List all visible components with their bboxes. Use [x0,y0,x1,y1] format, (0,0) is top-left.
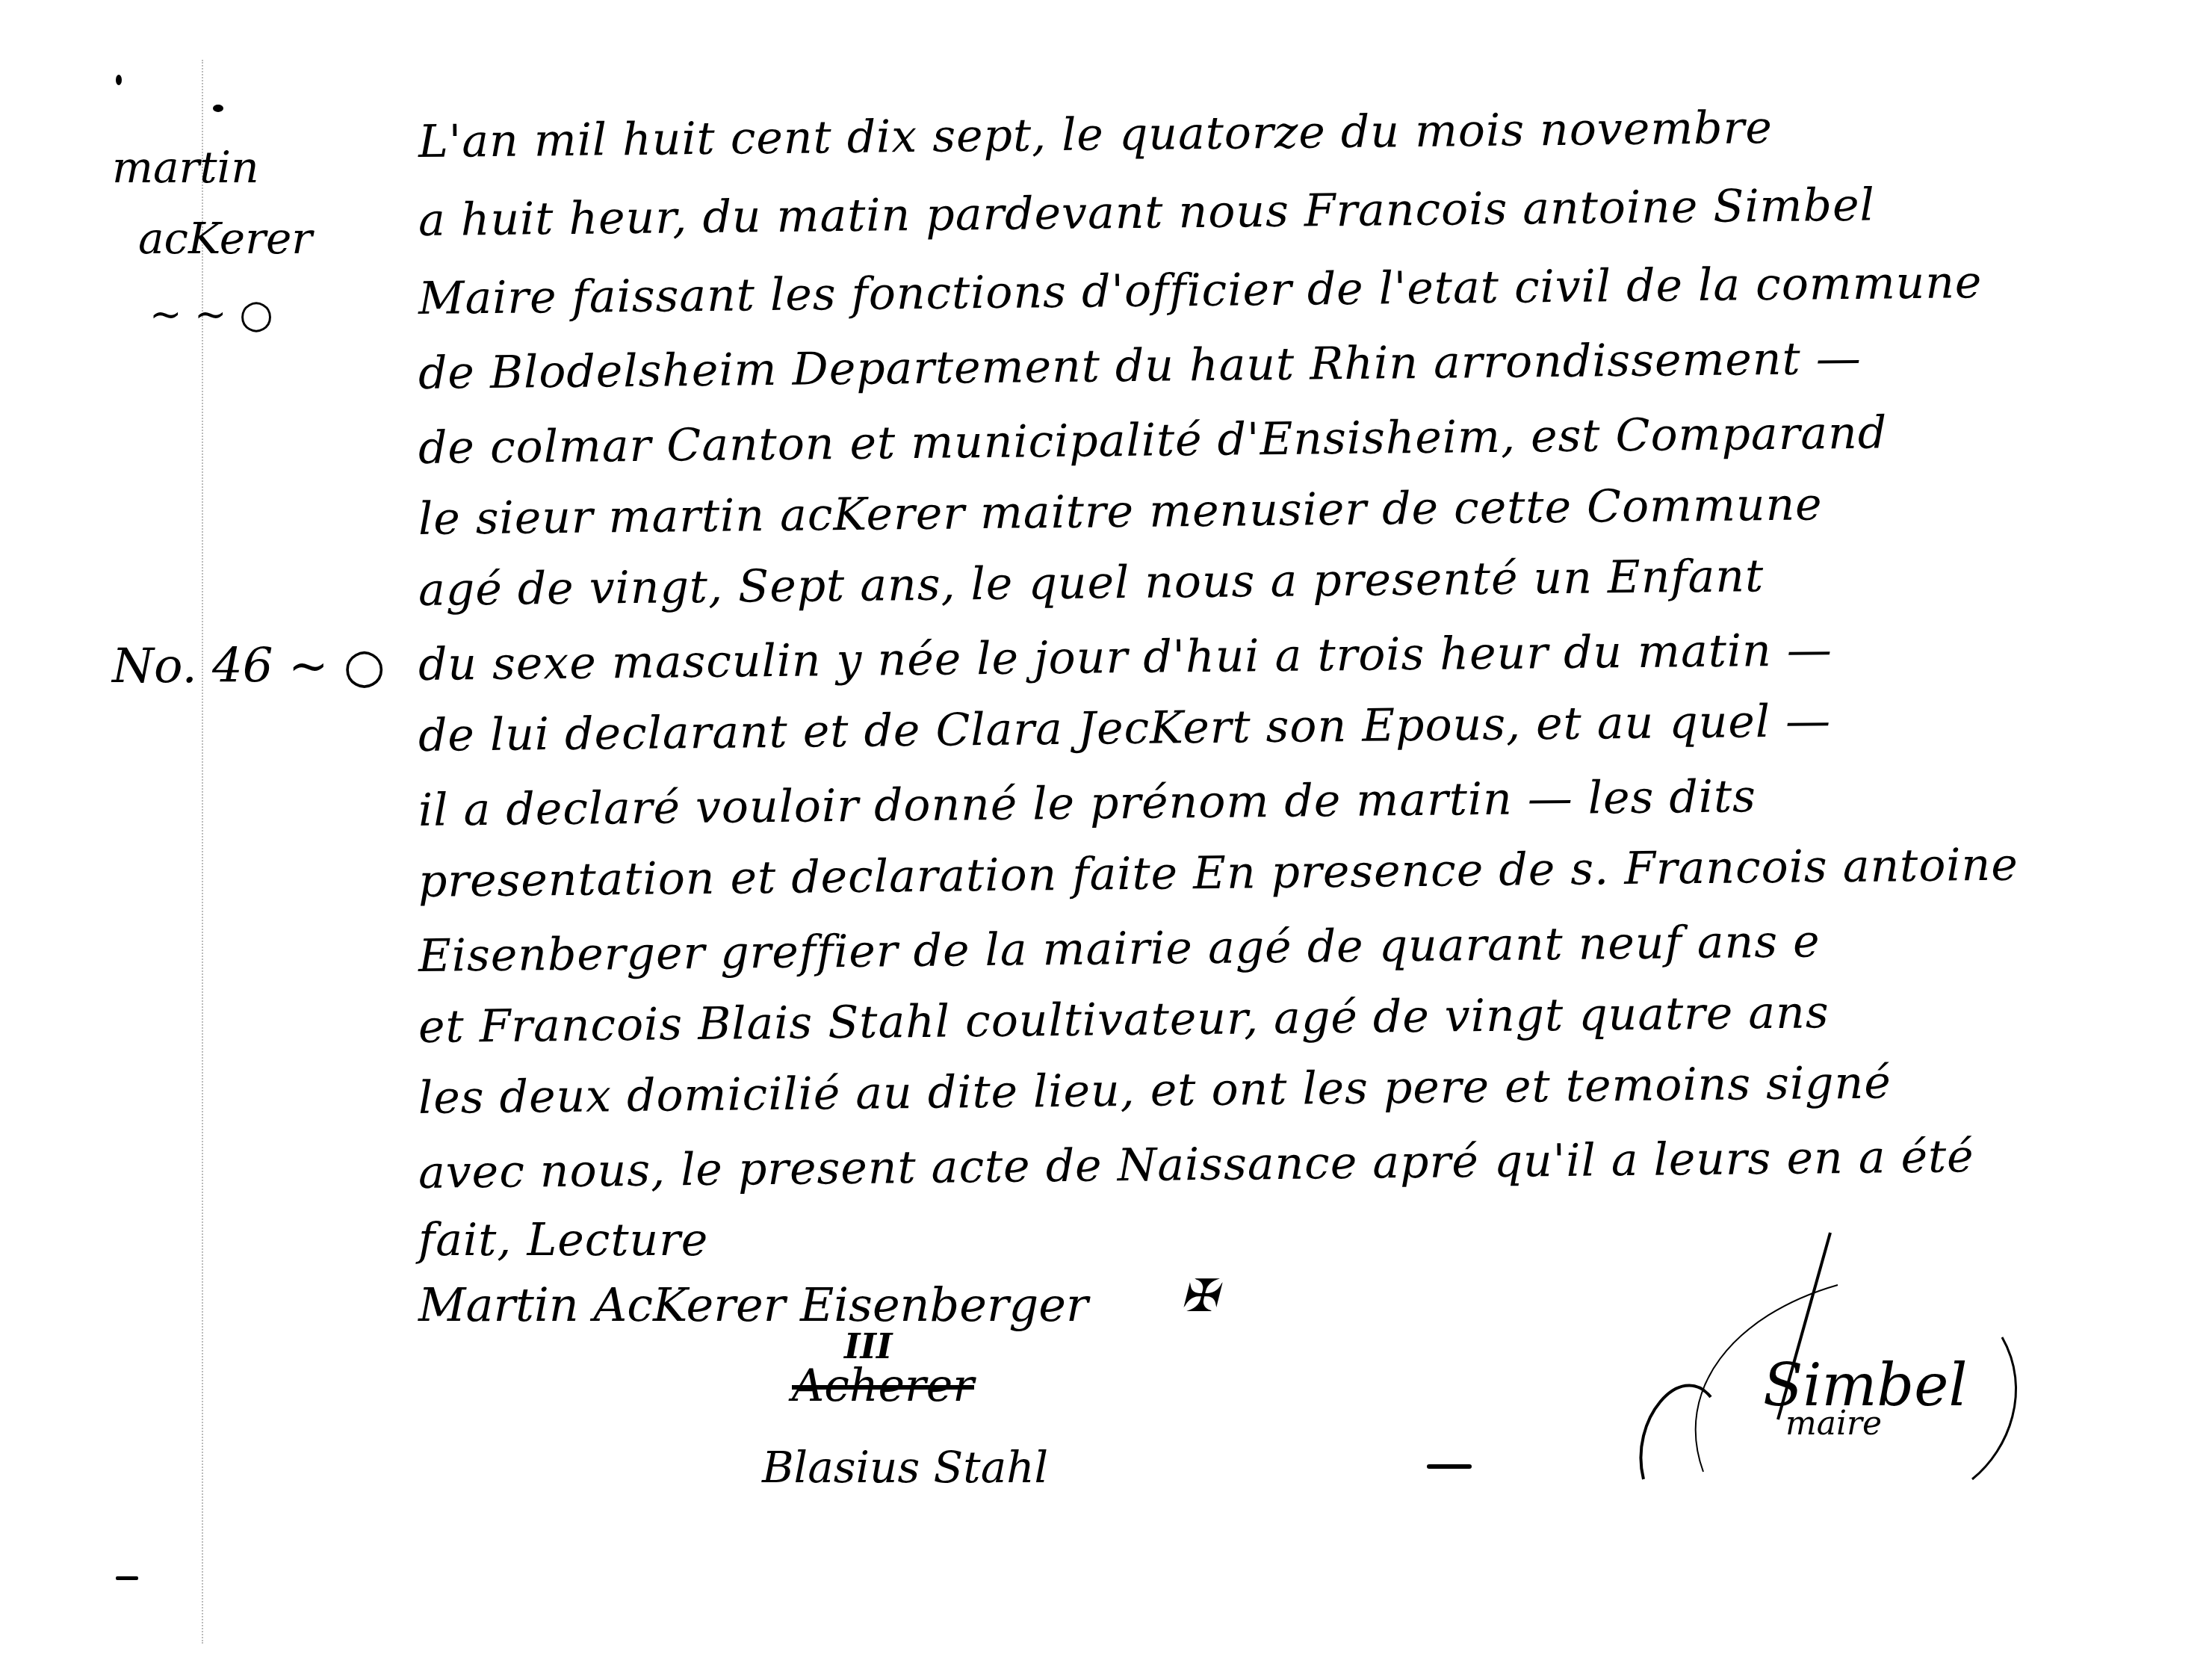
body-line: fait, Lecture [418,1218,708,1263]
body-line: agé de vingt, Sept ans, le quel nous a p… [418,554,1765,613]
body-line: avec nous, le present acte de Naissance … [418,1134,1974,1195]
document-page: martin acKerer ~ ~ ○ No. 46 ~ ○ L'an mil… [0,0,2212,1663]
body-line: du sexe masculin y née le jour d'hui a t… [418,628,1833,687]
ink-stroke [116,1576,138,1580]
signature-witness: Blasius Stahl [762,1442,1048,1493]
margin-name-first: martin [112,146,259,189]
body-line: presentation et declaration faite En pre… [418,843,2019,904]
body-line: et Francois Blais Stahl coultivateur, ag… [418,990,1830,1050]
body-line: le sieur martin acKerer maitre menusier … [418,482,1823,542]
margin-flourish: ~ ~ ○ [149,295,273,334]
body-line: L'an mil huit cent dix sept, le quatorze… [418,105,1773,164]
margin-name-last: acKerer [138,217,312,260]
body-line: il a declaré vouloir donné le prénom de … [418,774,1756,833]
body-line: de colmar Canton et municipalité d'Ensis… [418,410,1888,471]
signature-mayor-title: maire [1785,1405,1882,1443]
body-line: les deux domicilié au dite lieu, et ont … [418,1060,1892,1121]
scan-speck [213,105,223,112]
signature-father-clerk: Martin AcKerer Eisenberger [418,1278,1088,1332]
body-line: Maire faissant les fonctions d'officier … [418,260,1983,321]
signature-flourish-icon: ✠ [1180,1270,1218,1322]
ink-stroke [1427,1464,1472,1469]
body-line: a huit heur, du matin pardevant nous Fra… [418,183,1875,243]
body-line: de lui declarant et de Clara JecKert son… [418,699,1832,758]
body-line: de Blodelsheim Departement du haut Rhin … [418,336,1862,396]
scan-speck [116,75,122,85]
body-line: Eisenberger greffier de la mairie agé de… [418,919,1821,979]
entry-number: No. 46 ~ ○ [112,642,385,690]
struck-signature: Acherer [792,1360,974,1412]
